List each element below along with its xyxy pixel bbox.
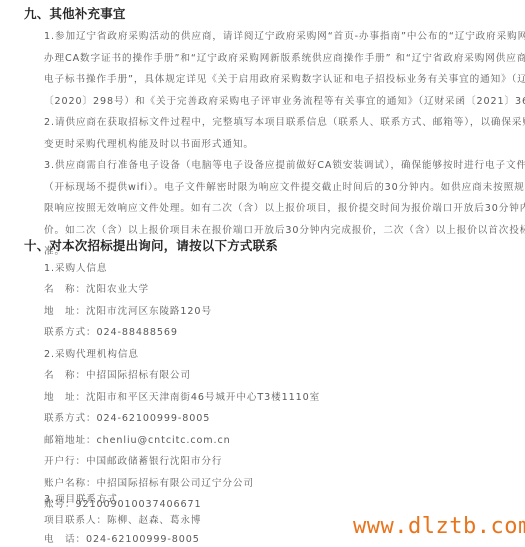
section-9-line-5: 2.请供应商在获取招标文件过程中，完整填写本项目联系信息（联系人、联系方式、邮箱…	[44, 114, 499, 128]
agency-bank-row: 开户行：中国邮政储蓄银行沈阳市分行	[44, 453, 222, 467]
section-9-line-6: 变更时采购代理机构能及时以书面形式通知。	[44, 136, 254, 150]
section-9-line-8: （开标现场不提供wifi）。电子文件解密时限为响应文件提交截止时间后的30分钟内…	[44, 179, 499, 193]
agency-email: chenliu@cntcitc.com.cn	[96, 435, 230, 446]
section-9-line-7: 3.供应商需自行准备电子设备（电脑等电子设备应提前做好CA锁安装调试），确保能够…	[44, 157, 525, 171]
section-9-heading: 九、其他补充事宜	[24, 4, 126, 22]
agency-title: 2.采购代理机构信息	[44, 346, 139, 360]
project-contacts-row: 项目联系人：陈柳、赵森、葛永博	[44, 512, 201, 526]
agency-bank: 中国邮政储蓄银行沈阳市分行	[86, 456, 222, 467]
agency-email-label: 邮箱地址：	[44, 435, 96, 446]
purchaser-address: 沈阳市沈河区东陵路120号	[86, 306, 212, 317]
agency-contact-label: 联系方式：	[44, 413, 96, 424]
agency-name-label: 名 称：	[44, 370, 86, 381]
agency-address: 沈阳市和平区天津南街46号城开中心T3楼1110室	[86, 392, 320, 403]
section-9-line-3: 电子标书操作手册”，具体规定详见《关于启用政府采购数字认证和电子招投标业务有关事…	[44, 71, 499, 85]
agency-email-row: 邮箱地址：chenliu@cntcitc.com.cn	[44, 432, 231, 446]
section-9-line-1: 1.参加辽宁省政府采购活动的供应商，请详阅辽宁政府采购网“首页-办事指南”中公布…	[44, 28, 499, 42]
agency-name-row: 名 称：中招国际招标有限公司	[44, 367, 191, 381]
purchaser-contact-label: 联系方式：	[44, 327, 96, 338]
agency-account-name-row: 账户名称：中招国际招标有限公司辽宁分公司	[44, 475, 254, 489]
agency-address-label: 地 址：	[44, 392, 86, 403]
agency-account-name-label: 账户名称：	[44, 478, 96, 489]
purchaser-address-label: 地 址：	[44, 306, 86, 317]
section-9-line-2: 办理CA数字证书的操作手册”和“辽宁政府采购网新版系统供应商操作手册” 和“辽宁…	[44, 50, 499, 64]
agency-bank-label: 开户行：	[44, 456, 86, 467]
agency-contact-row: 联系方式：024-62100999-8005	[44, 410, 210, 424]
purchaser-contact: 024-88488569	[96, 327, 177, 338]
section-10-heading: 十、对本次招标提出询问，请按以下方式联系	[24, 236, 278, 254]
document-page: 九、其他补充事宜 1.参加辽宁省政府采购活动的供应商，请详阅辽宁政府采购网“首页…	[0, 0, 525, 547]
agency-contact: 024-62100999-8005	[96, 413, 210, 424]
watermark: www.dlztb.com	[353, 514, 525, 539]
purchaser-contact-row: 联系方式：024-88488569	[44, 324, 178, 338]
purchaser-title: 1.采购人信息	[44, 260, 107, 274]
section-9-line-9: 限响应按照无效响应文件处理。如有二次（含）以上报价项目，报价提交时间为报价端口开…	[44, 200, 499, 214]
project-contacts-label: 项目联系人：	[44, 515, 107, 526]
agency-address-row: 地 址：沈阳市和平区天津南街46号城开中心T3楼1110室	[44, 389, 320, 403]
project-phone-row: 电 话：024-62100999-8005	[44, 531, 200, 545]
purchaser-name-row: 名 称：沈阳农业大学	[44, 281, 149, 295]
agency-name: 中招国际招标有限公司	[86, 370, 191, 381]
section-9-line-10: 价。如二次（含）以上报价项目未在报价端口开放后30分钟内完成报价，二次（含）以上…	[44, 222, 499, 236]
project-phone-label: 电 话：	[44, 534, 86, 545]
project-contacts: 陈柳、赵森、葛永博	[107, 515, 201, 526]
purchaser-name-label: 名 称：	[44, 284, 86, 295]
project-phone: 024-62100999-8005	[86, 534, 200, 545]
project-title: 3.项目联系方式	[44, 491, 118, 505]
agency-account-name: 中招国际招标有限公司辽宁分公司	[96, 478, 253, 489]
purchaser-name: 沈阳农业大学	[86, 284, 149, 295]
purchaser-address-row: 地 址：沈阳市沈河区东陵路120号	[44, 303, 212, 317]
section-9-line-4: 〔2020〕298号）和《关于完善政府采购电子评审业务流程等有关事宜的通知》（辽…	[44, 93, 525, 107]
